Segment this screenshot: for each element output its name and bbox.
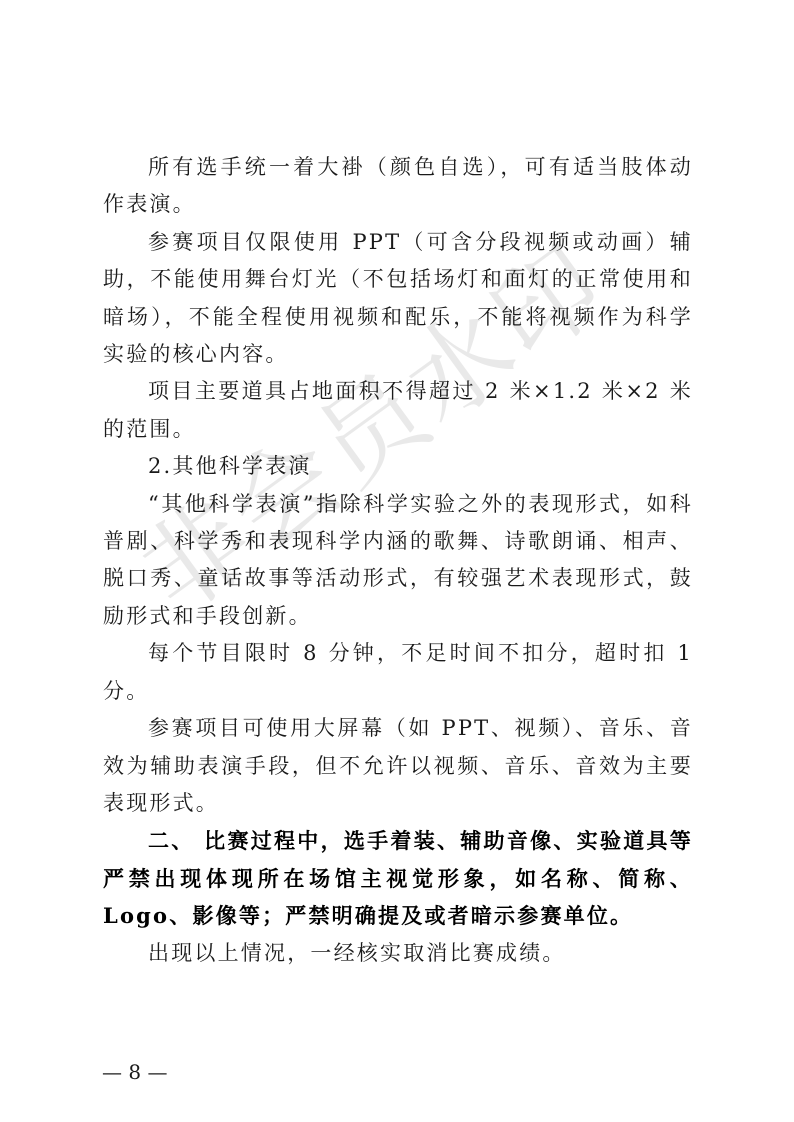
paragraph-costume: 所有选手统一着大褂（颜色自选），可有适当肢体动作表演。 (103, 149, 693, 224)
document-body: 所有选手统一着大褂（颜色自选），可有适当肢体动作表演。 参赛项目仅限使用 PPT… (103, 149, 693, 972)
paragraph-time-limit: 每个节目限时 8 分钟，不足时间不扣分，超时扣 1 分。 (103, 635, 693, 710)
paragraph-disqualification: 出现以上情况，一经核实取消比赛成绩。 (103, 935, 693, 972)
paragraph-props-size: 项目主要道具占地面积不得超过 2 米×1.2 米×2 米的范围。 (103, 373, 693, 448)
paragraph-other-performance-definition: “其他科学表演”指除科学实验之外的表现形式，如科普剧、科学秀和表现科学内涵的歌舞… (103, 486, 693, 636)
section-heading-other-performance: 2.其他科学表演 (103, 448, 693, 485)
page-number: — 8 — (102, 1060, 167, 1084)
paragraph-ppt-rules: 参赛项目仅限使用 PPT（可含分段视频或动画）辅助，不能使用舞台灯光（不包括场灯… (103, 224, 693, 374)
paragraph-screen-music-rules: 参赛项目可使用大屏幕（如 PPT、视频）、音乐、音效为辅助表演手段，但不允许以视… (103, 710, 693, 822)
paragraph-prohibition-rules: 二、 比赛过程中，选手着装、辅助音像、实验道具等严禁出现体现所在场馆主视觉形象，… (103, 822, 693, 934)
document-page: 非会员水印 所有选手统一着大褂（颜色自选），可有适当肢体动作表演。 参赛项目仅限… (0, 0, 794, 1122)
